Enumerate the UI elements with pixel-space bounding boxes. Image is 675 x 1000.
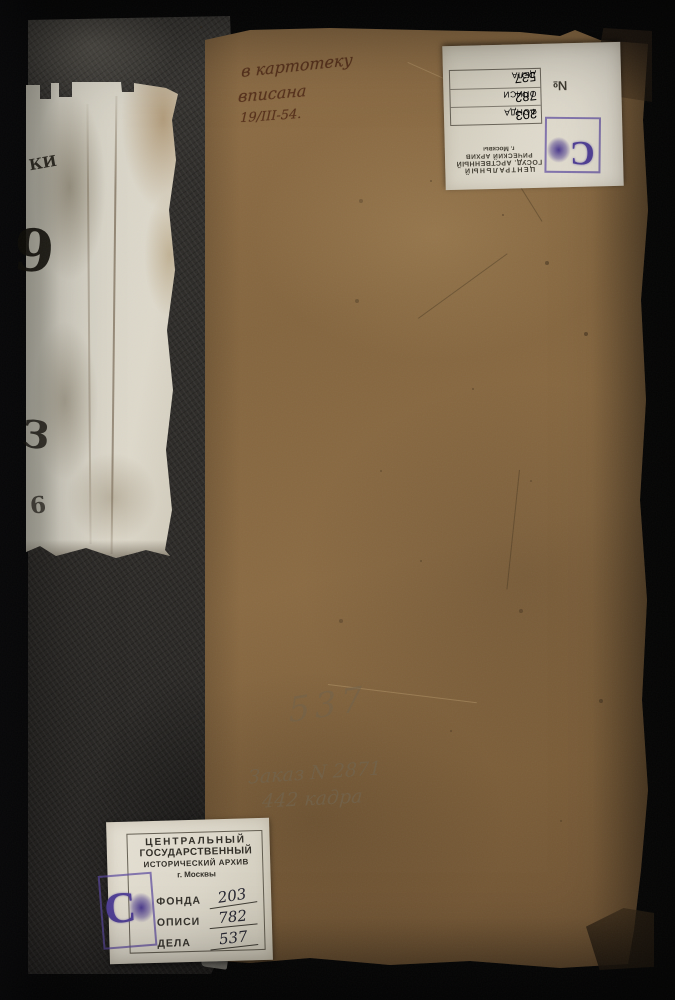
spine-text-fragment: З (20, 415, 51, 456)
fond-row: ФОНДА 203 (156, 884, 261, 908)
archive-label-top: ЦЕНТРАЛЬНЫЙ ГОСУД. АРСТВЕННЫЙ РИЧЕСКИЙ А… (442, 42, 623, 190)
archive-stamp-header: ЦЕНТРАЛЬНЫЙ ГОСУД. АРСТВЕННЫЙ РИЧЕСКИЙ А… (449, 144, 550, 174)
spine-text-fragment: 9 (12, 221, 56, 282)
spine-text-fragment: 6 (29, 493, 47, 518)
fond-opis-delo-rows: ФОНДА 203 ОПИСИ 782 ДЕЛА 537 (156, 884, 262, 950)
opis-label: ОПИСИ (157, 915, 209, 928)
fond-value: 203 (514, 106, 537, 123)
opis-row: ОПИСИ 782 (450, 87, 540, 107)
sf-stamp-box: С (544, 117, 601, 174)
cover-specks (200, 26, 202, 28)
delo-row: ДЕЛА 537 (157, 926, 262, 950)
delo-value: 537 (208, 926, 258, 950)
archive-book-photo: КИ 9 З 6 в картотеку вписана 19/III-54. … (0, 0, 675, 1000)
pencil-order-line2: 442 кадра (262, 787, 363, 811)
sf-stamp-blob (547, 137, 571, 163)
delo-row: ДЕЛА 537 (450, 69, 540, 89)
delo-value: 537 (514, 69, 537, 86)
fond-label: ФОНДА (156, 894, 208, 907)
opis-value: 782 (514, 88, 537, 105)
number-sign: № (553, 78, 568, 93)
delo-label: ДЕЛА (157, 936, 209, 949)
fond-row: ФОНДА 203 (451, 105, 541, 125)
archive-label-bottom: ЦЕНТРАЛЬНЫЙ ГОСУДАРСТВЕННЫЙ ИСТОРИЧЕСКИЙ… (106, 818, 273, 964)
sf-stamp-box: С (98, 872, 158, 950)
sf-stamp-letter: С (570, 134, 595, 171)
fond-opis-delo-table: ФОНДА 203 ОПИСИ 782 ДЕЛА 537 (449, 68, 542, 126)
opis-row: ОПИСИ 782 (156, 905, 261, 929)
